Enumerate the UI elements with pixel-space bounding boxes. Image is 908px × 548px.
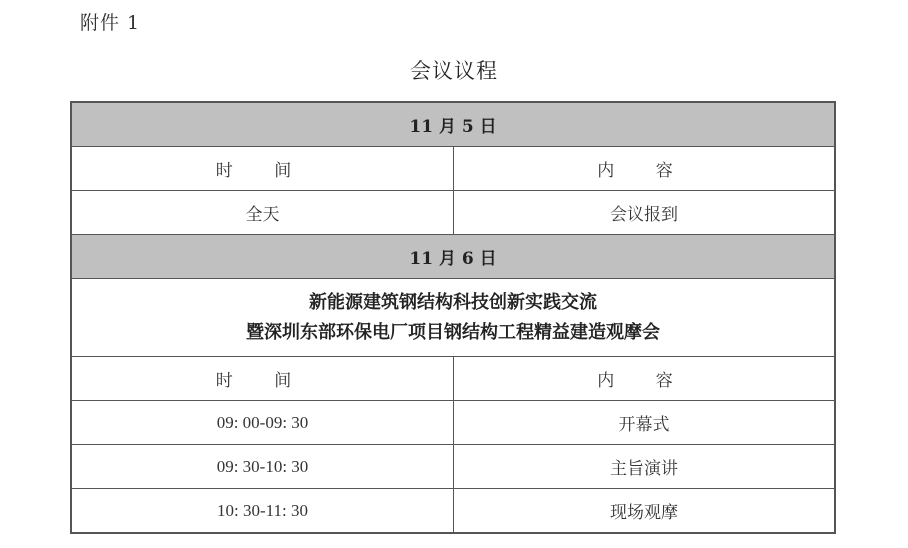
date-row-day2: 11 月 6 日 [71, 235, 835, 279]
time-cell: 09: 00-09: 30 [71, 401, 454, 445]
time-header: 时 间 [71, 147, 454, 191]
table-row: 全天 会议报到 [71, 191, 835, 235]
date-row-day1: 11 月 5 日 [71, 102, 835, 147]
content-cell: 会议报到 [454, 191, 836, 235]
time-cell: 10: 30-11: 30 [71, 489, 454, 534]
agenda-table: 11 月 5 日 时 间 内 容 全天 会议报到 11 月 6 日 新能源建筑钢… [70, 101, 836, 534]
date-cell: 11 月 5 日 [71, 102, 835, 147]
header-row-day1: 时 间 内 容 [71, 147, 835, 191]
theme-cell: 新能源建筑钢结构科技创新实践交流 暨深圳东部环保电厂项目钢结构工程精益建造观摩会 [71, 279, 835, 357]
content-cell: 开幕式 [454, 401, 836, 445]
content-header: 内 容 [454, 147, 836, 191]
content-cell: 主旨演讲 [454, 445, 836, 489]
time-header: 时 间 [71, 357, 454, 401]
page-title: 会议议程 [0, 55, 908, 85]
date-cell: 11 月 6 日 [71, 235, 835, 279]
table-row: 09: 00-09: 30 开幕式 [71, 401, 835, 445]
attachment-label: 附件 1 [80, 8, 140, 35]
time-cell: 09: 30-10: 30 [71, 445, 454, 489]
theme-line-1: 新能源建筑钢结构科技创新实践交流 [72, 288, 834, 318]
table-row: 10: 30-11: 30 现场观摩 [71, 489, 835, 534]
theme-row: 新能源建筑钢结构科技创新实践交流 暨深圳东部环保电厂项目钢结构工程精益建造观摩会 [71, 279, 835, 357]
theme-line-2: 暨深圳东部环保电厂项目钢结构工程精益建造观摩会 [72, 318, 834, 348]
time-cell: 全天 [71, 191, 454, 235]
content-header: 内 容 [454, 357, 836, 401]
header-row-day2: 时 间 内 容 [71, 357, 835, 401]
table-row: 09: 30-10: 30 主旨演讲 [71, 445, 835, 489]
content-cell: 现场观摩 [454, 489, 836, 534]
